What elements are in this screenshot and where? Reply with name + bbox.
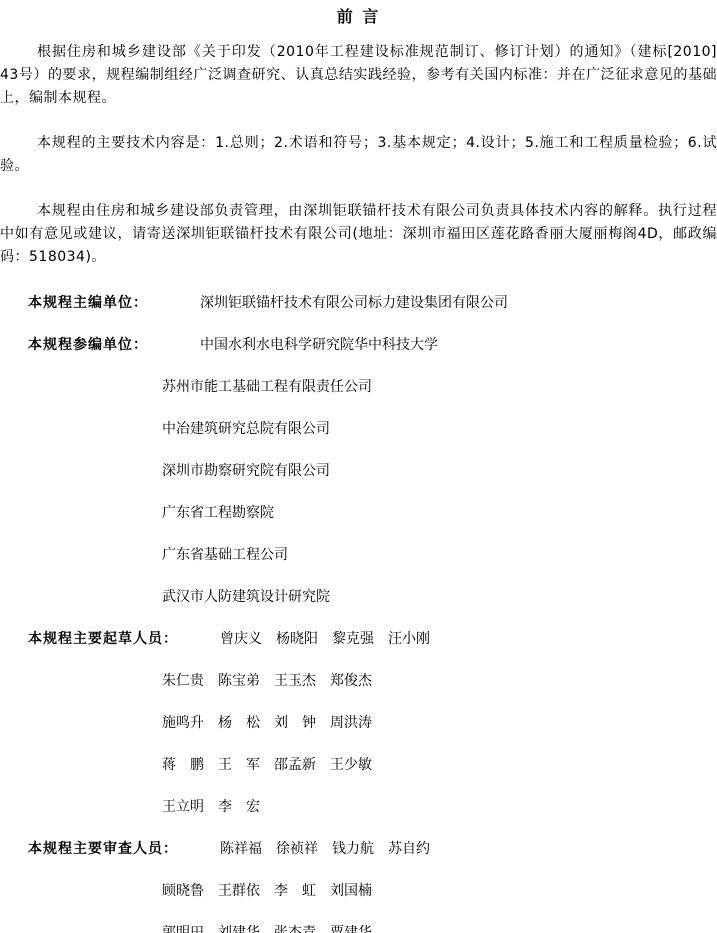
drafters-row: 本规程主要起草人员： 曾庆义 杨晓阳 黎克强 汪小刚 <box>0 631 717 647</box>
page-title: 前 言 <box>0 8 717 26</box>
participant-org: 中冶建筑研究总院有限公司 <box>0 421 717 437</box>
paragraph-management: 本规程由住房和城乡建设部负责管理，由深圳钜联锚杆技术有限公司负责具体技术内容的解… <box>0 200 717 269</box>
chief-editor-value: 深圳钜联锚杆技术有限公司标力建设集团有限公司 <box>200 295 508 311</box>
participant-org: 广东省工程勘察院 <box>0 505 717 521</box>
paragraph-contents: 本规程的主要技术内容是：1.总则；2.术语和符号；3.基本规定；4.设计；5.施… <box>0 132 717 178</box>
drafter-names: 施鸣升 杨 松 刘 钟 周洪涛 <box>0 715 717 731</box>
participants-row: 本规程参编单位： 中国水利水电科学研究院华中科技大学 <box>0 337 717 353</box>
drafter-names: 朱仁贵 陈宝弟 王玉杰 郑俊杰 <box>0 673 717 689</box>
participants-label: 本规程参编单位： <box>28 337 148 353</box>
document-page: 前 言 根据住房和城乡建设部《关于印发（2010年工程建设标准规范制订、修订计划… <box>0 0 717 933</box>
reviewer-names: 顾晓鲁 王群依 李 虹 刘国楠 <box>0 883 717 899</box>
participant-org: 广东省基础工程公司 <box>0 547 717 563</box>
drafters-label: 本规程主要起草人员： <box>28 631 178 647</box>
participant-org: 武汉市人防建筑设计研究院 <box>0 589 717 605</box>
participant-org: 苏州市能工基础工程有限责任公司 <box>0 379 717 395</box>
reviewer-names: 郭明田 刘建华 张杰青 贾建华 <box>0 925 717 933</box>
drafter-names: 曾庆义 杨晓阳 黎克强 汪小刚 <box>220 631 430 647</box>
reviewer-names: 陈祥福 徐祯祥 钱力航 苏自约 <box>220 841 430 857</box>
paragraph-basis: 根据住房和城乡建设部《关于印发（2010年工程建设标准规范制订、修订计划）的通知… <box>0 41 717 110</box>
participant-org: 中国水利水电科学研究院华中科技大学 <box>200 337 438 353</box>
reviewers-row: 本规程主要审查人员： 陈祥福 徐祯祥 钱力航 苏自约 <box>0 841 717 857</box>
participant-org: 深圳市勘察研究院有限公司 <box>0 463 717 479</box>
drafter-names: 蒋 鹏 王 军 邵孟新 王少敏 <box>0 757 717 773</box>
reviewers-label: 本规程主要审查人员： <box>28 841 178 857</box>
chief-editor-label: 本规程主编单位： <box>28 295 148 311</box>
drafter-names: 王立明 李 宏 <box>0 799 717 815</box>
chief-editor-row: 本规程主编单位： 深圳钜联锚杆技术有限公司标力建设集团有限公司 <box>0 295 717 311</box>
